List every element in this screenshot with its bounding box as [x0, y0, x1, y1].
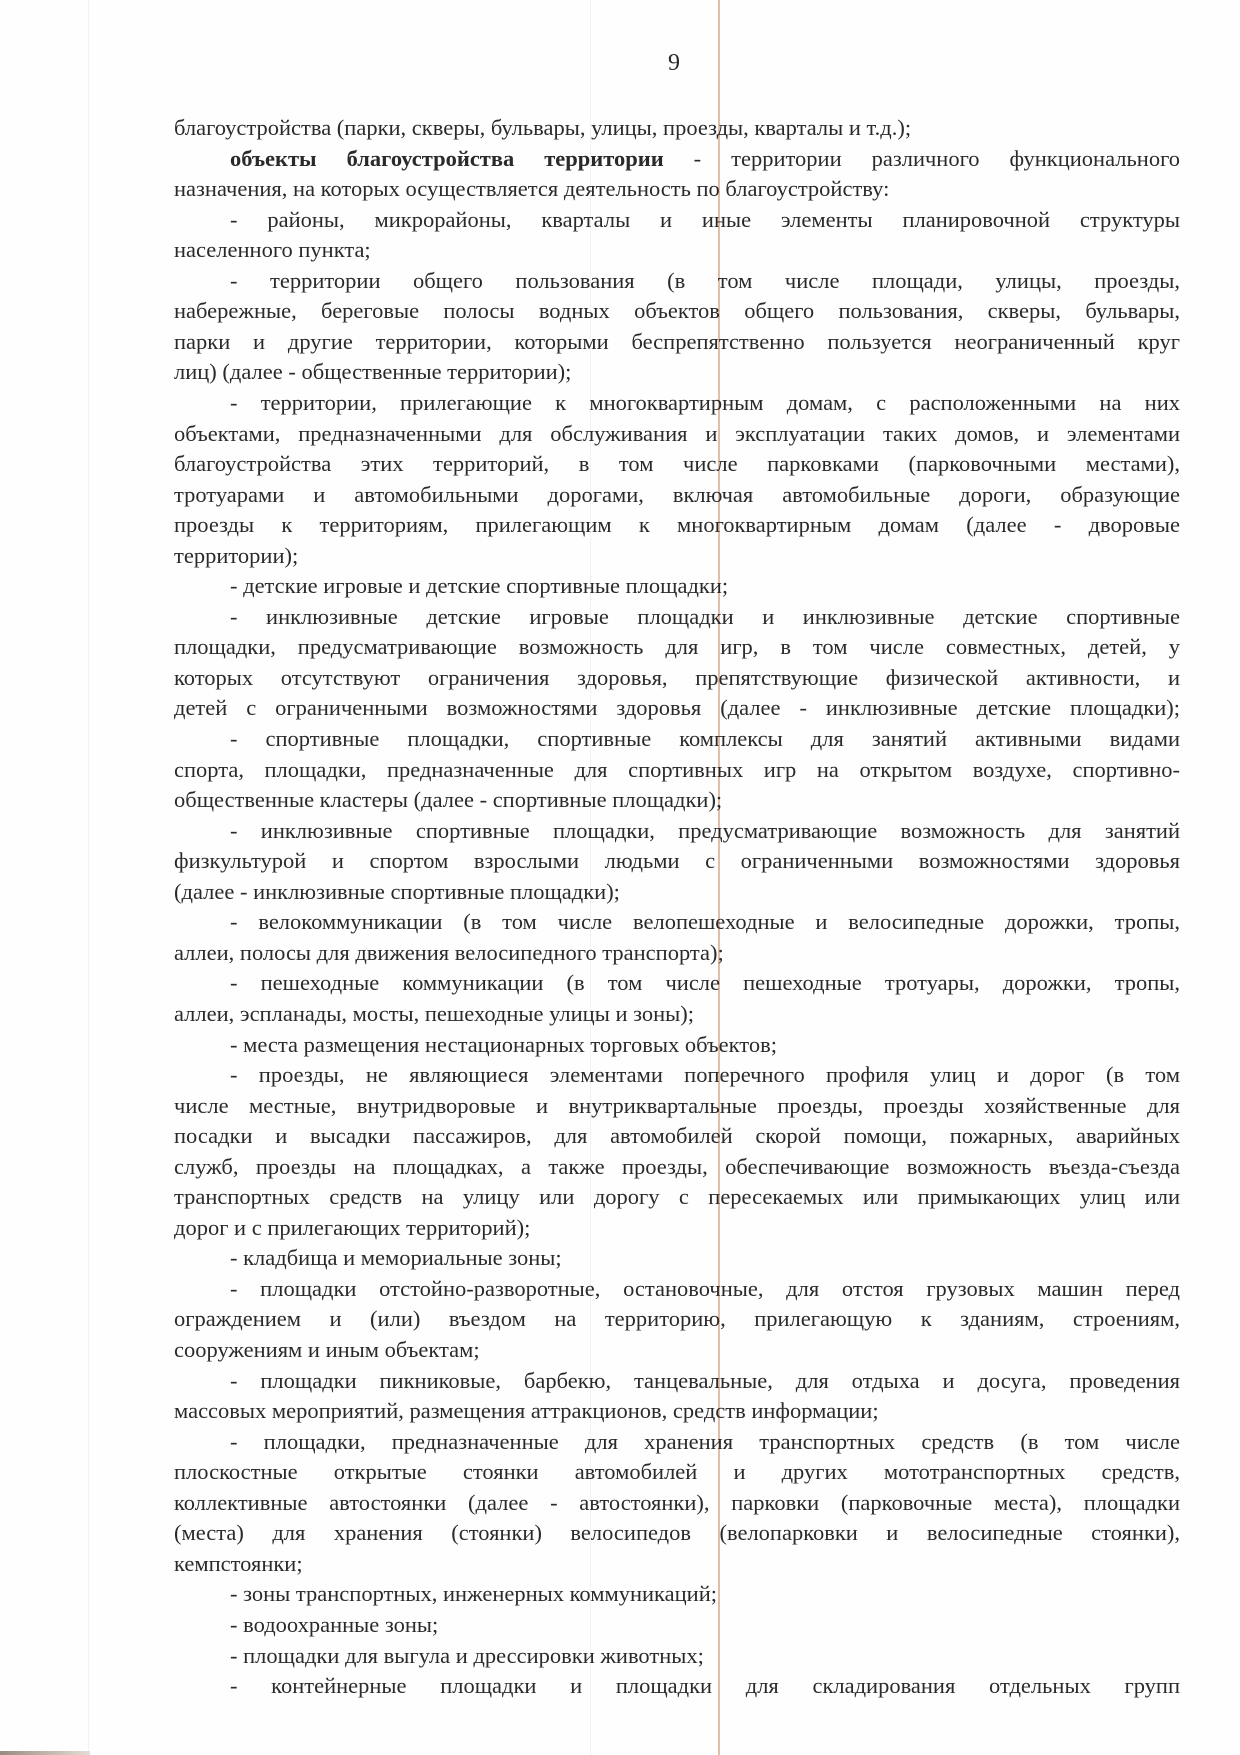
text-line: - водоохранные зоны;	[230, 1610, 1180, 1640]
text-line: - детские игровые и детские спортивные п…	[230, 571, 1180, 601]
text-line: - пешеходные коммуникации (в том числе п…	[230, 968, 1180, 998]
line-text: - велокоммуникации (в том числе велопеше…	[230, 909, 1180, 934]
text-line: массовых мероприятий, размещения аттракц…	[174, 1396, 1180, 1426]
line-text: - проезды, не являющиеся элементами попе…	[230, 1062, 1180, 1087]
line-text: детей с ограниченными возможностями здор…	[174, 695, 1180, 720]
line-text: - детские игровые и детские спортивные п…	[230, 573, 728, 598]
line-text: благоустройства этих территорий, в том ч…	[174, 451, 1180, 476]
line-text: - кладбища и мемориальные зоны;	[230, 1245, 562, 1270]
text-line: плоскостные открытые стоянки автомобилей…	[174, 1457, 1180, 1487]
line-text: - спортивные площадки, спортивные компле…	[230, 726, 1180, 751]
text-line: - места размещения нестационарных торгов…	[230, 1030, 1180, 1060]
text-line: дорог и с прилегающих территорий);	[174, 1213, 1180, 1243]
line-text: - территории общего пользования (в том ч…	[230, 268, 1180, 293]
line-text: - площадки отстойно-разворотные, останов…	[230, 1276, 1180, 1301]
line-text: - инклюзивные детские игровые площадки и…	[230, 604, 1180, 629]
line-text: объектами, предназначенными для обслужив…	[174, 421, 1180, 446]
line-text: массовых мероприятий, размещения аттракц…	[174, 1398, 879, 1423]
line-text: - инклюзивные спортивные площадки, преду…	[230, 818, 1180, 843]
text-line: - инклюзивные спортивные площадки, преду…	[230, 816, 1180, 846]
text-line: - территории общего пользования (в том ч…	[230, 266, 1180, 296]
line-text: физкультурой и спортом взрослыми людьми …	[174, 848, 1180, 873]
text-line: - контейнерные площадки и площадки для с…	[230, 1671, 1180, 1701]
text-line: сооружениям и иным объектам;	[174, 1335, 1180, 1365]
line-text: транспортных средств на улицу или дорогу…	[174, 1184, 1180, 1209]
line-text: - районы, микрорайоны, кварталы и иные э…	[230, 207, 1180, 232]
text-line: аллеи, эспланады, мосты, пешеходные улиц…	[174, 999, 1180, 1029]
line-text: аллеи, полосы для движения велосипедного…	[174, 940, 724, 965]
line-text: назначения, на которых осуществляется де…	[174, 176, 889, 201]
line-text: - территории, прилегающие к многоквартир…	[230, 390, 1180, 415]
text-line: посадки и высадки пассажиров, для автомо…	[174, 1121, 1180, 1151]
line-text: тротуарами и автомобильными дорогами, вк…	[174, 482, 1180, 507]
page-number: 9	[0, 50, 1240, 77]
text-line: - площадки отстойно-разворотные, останов…	[230, 1274, 1180, 1304]
line-text: общественные кластеры (далее - спортивны…	[174, 787, 722, 812]
line-text: - площадки для выгула и дрессировки живо…	[230, 1643, 704, 1668]
line-text: кемпстоянки;	[174, 1551, 303, 1576]
text-line: - территории, прилегающие к многоквартир…	[230, 388, 1180, 418]
line-text: лиц) (далее - общественные территории);	[174, 359, 571, 384]
text-line: территории);	[174, 541, 1180, 571]
line-text: населенного пункта;	[174, 237, 371, 262]
scan-edge	[0, 1751, 90, 1755]
document-page: 9 благоустройства (парки, скверы, бульва…	[0, 0, 1240, 1755]
scan-artifact-line	[88, 0, 89, 1755]
line-text: - места размещения нестационарных торгов…	[230, 1032, 777, 1057]
text-line: назначения, на которых осуществляется де…	[174, 174, 1180, 204]
line-text: территории);	[174, 543, 298, 568]
text-line: общественные кластеры (далее - спортивны…	[174, 785, 1180, 815]
text-line: аллеи, полосы для движения велосипедного…	[174, 938, 1180, 968]
text-line: физкультурой и спортом взрослыми людьми …	[174, 846, 1180, 876]
line-text: набережные, береговые полосы водных объе…	[174, 298, 1180, 323]
line-text: ограждением и (или) въездом на территори…	[174, 1306, 1180, 1331]
line-text: которых отсутствуют ограничения здоровья…	[174, 665, 1180, 690]
line-text: аллеи, эспланады, мосты, пешеходные улиц…	[174, 1001, 694, 1026]
text-line: которых отсутствуют ограничения здоровья…	[174, 663, 1180, 693]
text-line: благоустройства этих территорий, в том ч…	[174, 449, 1180, 479]
line-text: (далее - инклюзивные спортивные площадки…	[174, 879, 620, 904]
text-line: - инклюзивные детские игровые площадки и…	[230, 602, 1180, 632]
text-line: парки и другие территории, которыми бесп…	[174, 327, 1180, 357]
text-line: кемпстоянки;	[174, 1549, 1180, 1579]
text-line: коллективные автостоянки (далее - автост…	[174, 1488, 1180, 1518]
line-text: сооружениям и иным объектам;	[174, 1337, 480, 1362]
text-line: - площадки пикниковые, барбекю, танцевал…	[230, 1366, 1180, 1396]
text-line: спорта, площадки, предназначенные для сп…	[174, 755, 1180, 785]
line-text: - водоохранные зоны;	[230, 1612, 438, 1637]
line-text: (места) для хранения (стоянки) велосипед…	[174, 1520, 1180, 1545]
text-line: населенного пункта;	[174, 235, 1180, 265]
text-line: площадки, предусматривающие возможность …	[174, 632, 1180, 662]
text-line: набережные, береговые полосы водных объе…	[174, 296, 1180, 326]
line-text: проезды к территориям, прилегающим к мно…	[174, 512, 1180, 537]
text-line: транспортных средств на улицу или дорогу…	[174, 1182, 1180, 1212]
text-line: проезды к территориям, прилегающим к мно…	[174, 510, 1180, 540]
defined-term: объекты благоустройства территории	[230, 146, 664, 171]
text-line: - кладбища и мемориальные зоны;	[230, 1243, 1180, 1273]
text-line: объектами, предназначенными для обслужив…	[174, 419, 1180, 449]
line-text: - территории различного функционального	[664, 146, 1180, 171]
text-line: ограждением и (или) въездом на территори…	[174, 1304, 1180, 1334]
text-line: - велокоммуникации (в том числе велопеше…	[230, 907, 1180, 937]
line-text: спорта, площадки, предназначенные для сп…	[174, 757, 1180, 782]
text-line: - площадки для выгула и дрессировки живо…	[230, 1641, 1180, 1671]
line-text: - зоны транспортных, инженерных коммуник…	[230, 1581, 717, 1606]
line-text: благоустройства (парки, скверы, бульвары…	[174, 115, 911, 140]
text-line: служб, проезды на площадках, а также про…	[174, 1152, 1180, 1182]
text-line: - районы, микрорайоны, кварталы и иные э…	[230, 205, 1180, 235]
text-line: (места) для хранения (стоянки) велосипед…	[174, 1518, 1180, 1548]
text-line: объекты благоустройства территории - тер…	[230, 144, 1180, 174]
line-text: дорог и с прилегающих территорий);	[174, 1215, 530, 1240]
line-text: - пешеходные коммуникации (в том числе п…	[230, 970, 1180, 995]
line-text: - площадки, предназначенные для хранения…	[230, 1429, 1180, 1454]
line-text: плоскостные открытые стоянки автомобилей…	[174, 1459, 1180, 1484]
text-line: - спортивные площадки, спортивные компле…	[230, 724, 1180, 754]
text-line: лиц) (далее - общественные территории);	[174, 357, 1180, 387]
text-line: - площадки, предназначенные для хранения…	[230, 1427, 1180, 1457]
line-text: парки и другие территории, которыми бесп…	[174, 329, 1180, 354]
line-text: - площадки пикниковые, барбекю, танцевал…	[230, 1368, 1180, 1393]
text-line: - проезды, не являющиеся элементами попе…	[230, 1060, 1180, 1090]
text-line: благоустройства (парки, скверы, бульвары…	[174, 113, 1180, 143]
line-text: площадки, предусматривающие возможность …	[174, 634, 1180, 659]
text-line: - зоны транспортных, инженерных коммуник…	[230, 1579, 1180, 1609]
line-text: посадки и высадки пассажиров, для автомо…	[174, 1123, 1180, 1148]
line-text: - контейнерные площадки и площадки для с…	[230, 1673, 1180, 1698]
text-line: тротуарами и автомобильными дорогами, вк…	[174, 480, 1180, 510]
line-text: коллективные автостоянки (далее - автост…	[174, 1490, 1180, 1515]
text-line: (далее - инклюзивные спортивные площадки…	[174, 877, 1180, 907]
line-text: числе местные, внутридворовые и внутрикв…	[174, 1093, 1180, 1118]
text-line: детей с ограниченными возможностями здор…	[174, 693, 1180, 723]
line-text: служб, проезды на площадках, а также про…	[174, 1154, 1180, 1179]
text-line: числе местные, внутридворовые и внутрикв…	[174, 1091, 1180, 1121]
